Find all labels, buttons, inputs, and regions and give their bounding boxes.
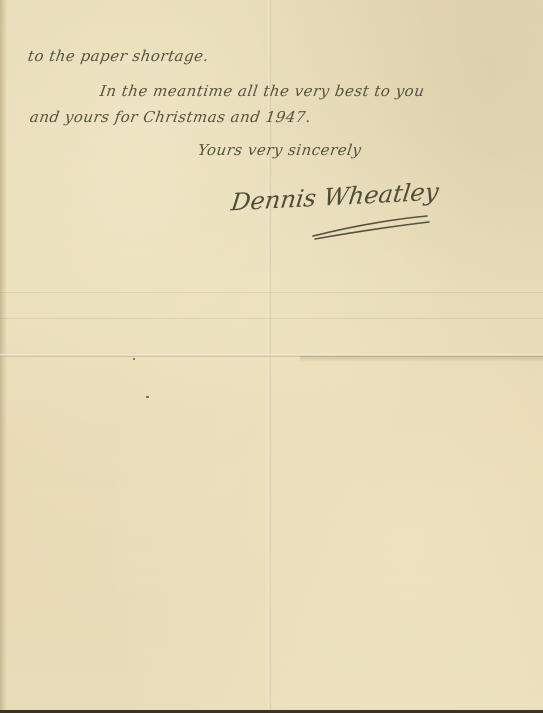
- ink-speck: [133, 358, 135, 360]
- letter-line-3: and yours for Christmas and 1947.: [29, 108, 313, 126]
- letter-page: to the paper shortage. In the meantime a…: [0, 0, 543, 710]
- paper-crease: [0, 318, 543, 319]
- letter-line-1: to the paper shortage.: [27, 47, 210, 65]
- signature-flourish: [305, 210, 435, 242]
- paper-crease: [0, 292, 543, 293]
- ink-speck: [146, 396, 149, 398]
- letter-line-2: In the meantime all the very best to you: [99, 82, 426, 100]
- fold-shadow: [300, 356, 543, 362]
- letter-closing: Yours very sincerely: [197, 141, 363, 159]
